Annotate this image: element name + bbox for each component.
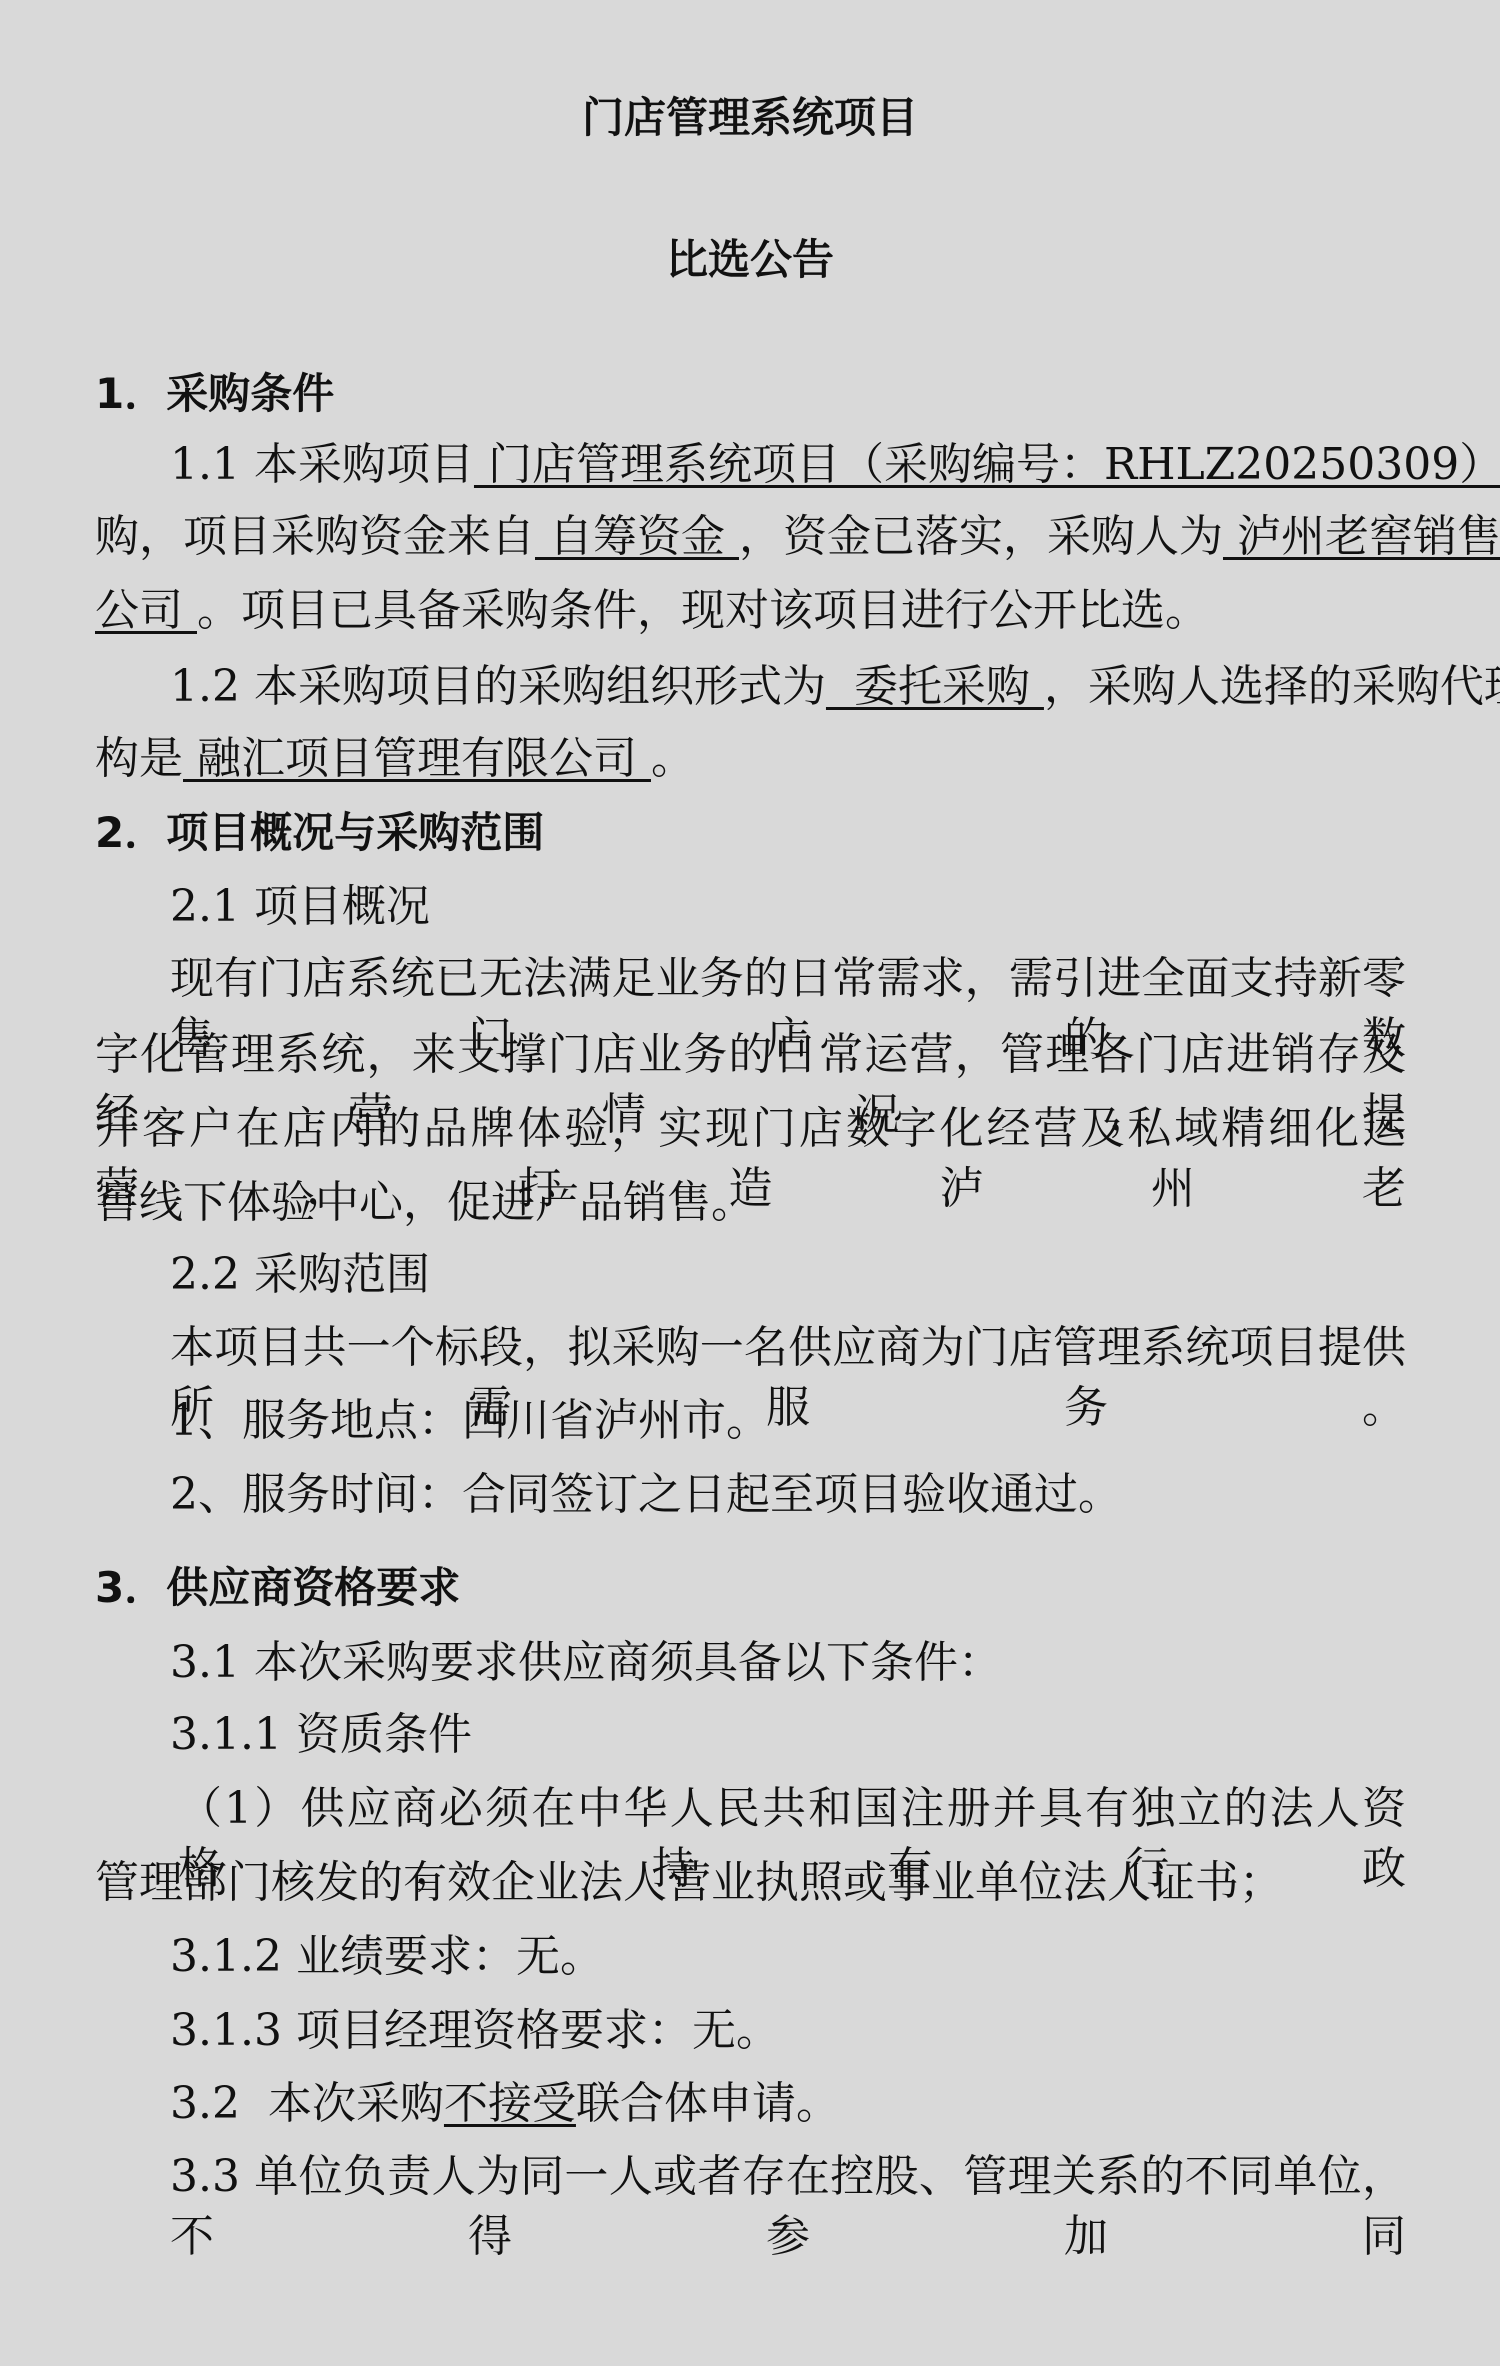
subsection-3-2: 3.2 本次采购不接受联合体申请。 [170, 2074, 840, 2134]
paragraph-1-2-line-1: 1.2 本采购项目的采购组织形式为 委托采购 ，采购人选择的采购代理机 [170, 657, 1406, 717]
purchaser-underlined: 泸州老窖销售有限 [1223, 511, 1500, 562]
subsection-3-1: 3.1 本次采购要求供应商须具备以下条件： [170, 1633, 1002, 1693]
text: 购，项目采购资金来自 [95, 511, 535, 562]
overview-line-2: 字化管理系统，来支撑门店业务的日常运营，管理各门店进销存及经营情况，提 [95, 1025, 1406, 1085]
text: 联合体申请。 [576, 2078, 840, 2129]
paragraph-1-2-line-2: 构是 融汇项目管理有限公司 。 [95, 729, 695, 789]
text: ，采购人选择的采购代理机 [1044, 661, 1500, 712]
section-2-heading: 2．项目概况与采购范围 [95, 803, 544, 863]
not-accepted-underlined: 不接受 [444, 2078, 576, 2129]
paragraph-1-1-line-3: 公司 。项目已具备采购条件，现对该项目进行公开比选。 [95, 581, 1209, 641]
overview-line-1: 现有门店系统已无法满足业务的日常需求，需引进全面支持新零售门店的数 [170, 949, 1406, 1009]
text: 1.1 本采购项目 [170, 439, 474, 490]
subsection-2-2-heading: 2.2 采购范围 [170, 1245, 430, 1305]
paragraph-1-1-line-1: 1.1 本采购项目 门店管理系统项目（采购编号：RHLZ20250309） 已获… [170, 435, 1406, 495]
text: 3.2 本次采购 [170, 2078, 444, 2129]
text: 1.2 本采购项目的采购组织形式为 [170, 661, 826, 712]
project-name-underlined: 门店管理系统项目（采购编号：RHLZ20250309） [474, 439, 1500, 490]
text: 构是 [95, 733, 183, 784]
overview-line-4: 窖线下体验中心，促进产品销售。 [95, 1173, 755, 1233]
section-3-heading: 3．供应商资格要求 [95, 1558, 460, 1618]
scope-intro: 本项目共一个标段，拟采购一名供应商为门店管理系统项目提供所需服务。 [170, 1318, 1406, 1378]
scope-item-time: 2、服务时间：合同签订之日起至项目验收通过。 [170, 1465, 1122, 1525]
overview-line-3: 升客户在店内的品牌体验，实现门店数字化经营及私域精细化运营，打造泸州老 [95, 1099, 1406, 1159]
purchaser-underlined-cont: 公司 [95, 585, 197, 636]
subsection-3-1-1: 3.1.1 资质条件 [170, 1705, 472, 1765]
section-1-heading: 1．采购条件 [95, 364, 334, 424]
subsection-2-1-heading: 2.1 项目概况 [170, 877, 430, 937]
document-subtitle: 比选公告 [0, 230, 1500, 290]
subsection-3-3: 3.3 单位负责人为同一人或者存在控股、管理关系的不同单位，不得参加同 [170, 2147, 1406, 2207]
scope-item-location: 1、服务地点：四川省泸州市。 [170, 1391, 770, 1451]
subsection-3-1-2: 3.1.2 业绩要求：无。 [170, 1927, 604, 1987]
qualification-1-line-1: （1）供应商必须在中华人民共和国注册并具有独立的法人资格，持有行政 [178, 1779, 1406, 1839]
text: 。项目已具备采购条件，现对该项目进行公开比选。 [197, 585, 1209, 636]
text: ，资金已落实，采购人为 [739, 511, 1223, 562]
subsection-3-1-3: 3.1.3 项目经理资格要求：无。 [170, 2001, 780, 2061]
qualification-1-line-2: 管理部门核发的有效企业法人营业执照或事业单位法人证书； [95, 1853, 1283, 1913]
fund-source-underlined: 自筹资金 [535, 511, 739, 562]
procurement-form-underlined: 委托采购 [826, 661, 1044, 712]
agency-underlined: 融汇项目管理有限公司 [183, 733, 651, 784]
paragraph-1-1-line-2: 购，项目采购资金来自 自筹资金 ，资金已落实，采购人为 泸州老窖销售有限 [95, 507, 1406, 567]
document-title: 门店管理系统项目 [0, 88, 1500, 148]
text: 。 [651, 733, 695, 784]
